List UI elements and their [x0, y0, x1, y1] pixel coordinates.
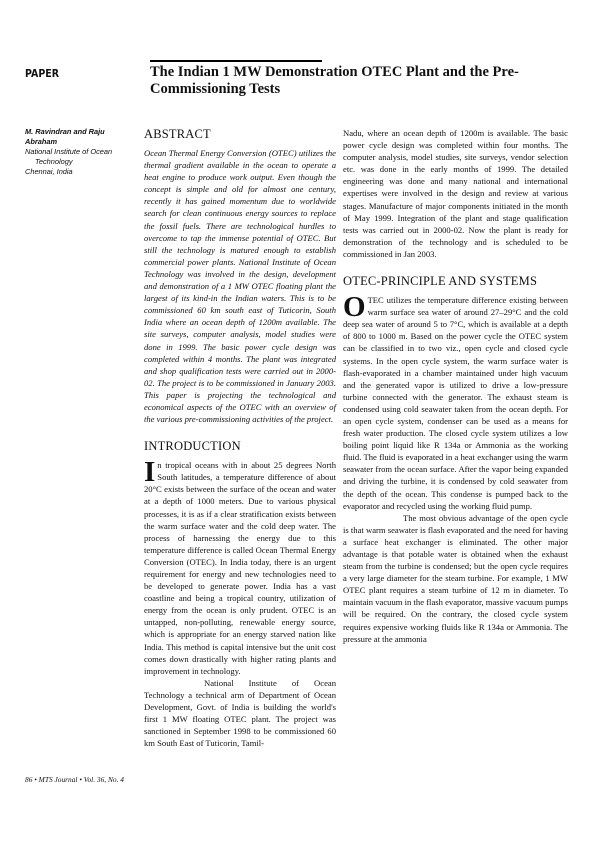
otec-principle-para1: OTEC utilizes the temperature difference… [343, 294, 568, 512]
right-column: Nadu, where an ocean depth of 1200m is a… [343, 127, 568, 645]
abstract-heading: ABSTRACT [144, 127, 336, 141]
paper-title: The Indian 1 MW Demonstration OTEC Plant… [150, 64, 570, 98]
introduction-para2: National Institute of Ocean Technology a… [144, 677, 336, 750]
introduction-heading: INTRODUCTION [144, 439, 336, 453]
author-block: M. Ravindran and Raju Abraham National I… [25, 127, 137, 177]
dropcap-o: O [343, 296, 366, 318]
otec-principle-heading: OTEC-PRINCIPLE AND SYSTEMS [343, 274, 568, 288]
affiliation-line2: Technology [25, 157, 137, 167]
section-tag: PAPER [25, 68, 59, 80]
left-column: ABSTRACT Ocean Thermal Energy Conversion… [144, 127, 336, 749]
title-rule [150, 60, 322, 62]
abstract-text: Ocean Thermal Energy Conversion (OTEC) u… [144, 147, 336, 425]
author-location: Chennai, India [25, 167, 137, 177]
otec-principle-para1-text: TEC utilizes the temperature difference … [343, 295, 568, 511]
affiliation-line1: National Institute of Ocean [25, 147, 137, 157]
author-names: M. Ravindran and Raju Abraham [25, 127, 137, 147]
introduction-para2-continued: Nadu, where an ocean depth of 1200m is a… [343, 127, 568, 260]
otec-principle-para2: The most obvious advantage of the open c… [343, 512, 568, 645]
dropcap-i: I [144, 461, 155, 483]
page-footer: 86 • MTS Journal • Vol. 36, No. 4 [25, 775, 124, 784]
introduction-para1-text: n tropical oceans with in about 25 degre… [144, 460, 336, 676]
introduction-para1: In tropical oceans with in about 25 degr… [144, 459, 336, 677]
